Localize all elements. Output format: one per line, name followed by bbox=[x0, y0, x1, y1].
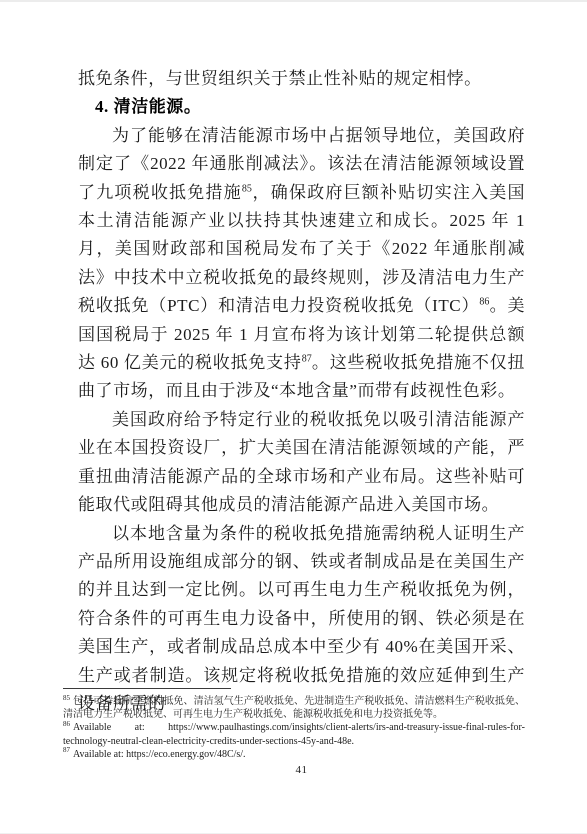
footnote-85: 85包括可持续航空燃料抵免、清洁氢气生产税收抵免、先进制造生产税收抵免、清洁燃料… bbox=[63, 695, 525, 721]
footnotes: 85包括可持续航空燃料抵免、清洁氢气生产税收抵免、先进制造生产税收抵免、清洁燃料… bbox=[63, 688, 525, 761]
footnote-87: 87Available at: https://eco.energy.gov/4… bbox=[63, 748, 525, 761]
footnote-ref: 86 bbox=[479, 297, 489, 308]
footnote-ref: 87 bbox=[302, 353, 312, 364]
body-paragraph: 美国政府给予特定行业的税收抵免以吸引清洁能源产业在本国投资设厂，扩大美国在清洁能… bbox=[78, 406, 525, 520]
footnote-text: Available at: https://eco.energy.gov/48C… bbox=[73, 749, 246, 760]
carryover-paragraph-line: 抵免条件，与世贸组织关于禁止性补贴的规定相悖。 bbox=[78, 65, 525, 93]
footnote-86: 86Available at: https://www.paulhastings… bbox=[63, 721, 525, 747]
page-body-text: 抵免条件，与世贸组织关于禁止性补贴的规定相悖。 4. 清洁能源。 为了能够在清洁… bbox=[78, 65, 525, 718]
document-page: 抵免条件，与世贸组织关于禁止性补贴的规定相悖。 4. 清洁能源。 为了能够在清洁… bbox=[0, 0, 587, 834]
footnote-separator bbox=[63, 688, 231, 689]
page-number: 41 bbox=[78, 764, 525, 776]
footnote-text: 包括可持续航空燃料抵免、清洁氢气生产税收抵免、先进制造生产税收抵免、清洁燃料生产… bbox=[63, 696, 525, 720]
footnote-marker: 86 bbox=[63, 720, 70, 728]
footnote-marker: 85 bbox=[63, 694, 70, 702]
footnote-marker: 87 bbox=[63, 746, 70, 754]
footnote-text: Available at: https://www.paulhastings.c… bbox=[63, 722, 525, 746]
section-heading: 4. 清洁能源。 bbox=[78, 93, 525, 121]
body-paragraph: 为了能够在清洁能源市场中占据领导地位，美国政府制定了《2022 年通胀削减法》。… bbox=[78, 122, 525, 406]
footnote-ref: 85 bbox=[242, 183, 252, 194]
